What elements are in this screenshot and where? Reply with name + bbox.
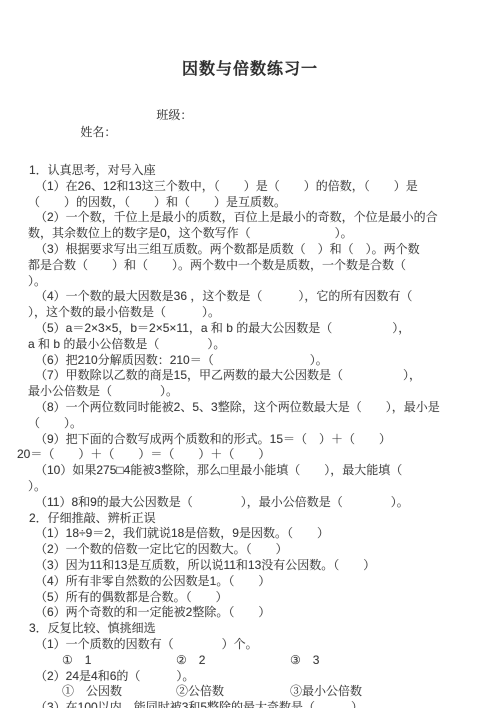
text-line: 数，其余数位上的数字是0，这个数写作（ ）。 (0, 226, 500, 242)
text-line: （2）一个数的倍数一定比它的因数大。（ ） (0, 542, 500, 558)
name-label: 姓名： (80, 125, 116, 139)
worksheet-body: 1．认真思考，对号入座（1）在26、12和13这三个数中，（ ）是（ ）的倍数，… (0, 163, 500, 708)
text-line: ），这个数的最小倍数是（ ）。 (0, 305, 500, 321)
worksheet-title: 因数与倍数练习一 (0, 0, 500, 79)
option-item: ① 1 (62, 653, 176, 669)
class-label: 班级： (156, 108, 192, 122)
text-line: （3）在100以内，能同时被3和5整除的最大奇数是（ ）。 (0, 700, 500, 708)
worksheet-page: 因数与倍数练习一 班级： 姓名： 1．认真思考，对号入座（1）在26、12和13… (0, 0, 500, 708)
text-line: a 和 b 的最小公倍数是（ ）。 (0, 337, 500, 353)
section-heading: 3．反复比较、慎挑细选 (0, 621, 500, 637)
text-line: 都是合数（ ）和（ ）。两个数中一个数是质数，一个数是合数（ (0, 258, 500, 274)
text-line: （4）所有非零自然数的公因数是1。（ ） (0, 574, 500, 590)
text-line: （3）根据要求写出三组互质数。两个数都是质数（ ）和（ ）。两个数 (0, 242, 500, 258)
option-item: ③最小公倍数 (290, 684, 362, 700)
text-line: （2）24是4和6的（ ）。 (0, 669, 500, 685)
text-line: （5）所有的偶数都是合数。（ ） (0, 590, 500, 606)
option-item: ② 2 (176, 653, 290, 669)
text-line: （ ）。 (0, 416, 500, 432)
text-line: ① 1② 2③ 3 (0, 653, 500, 669)
text-line: （1）一个质数的因数有（ ）个。 (0, 637, 500, 653)
text-line: （10）如果275□4能被3整除，那么□里最小能填（ ），最大能填（ (0, 463, 500, 479)
text-line: （8）一个两位数同时能被2、5、3整除，这个两位数最大是（ ），最小是 (0, 400, 500, 416)
text-line: 20＝（ ）＋（ ）＝（ ）＋（ ） (0, 447, 500, 463)
text-line: （6）把210分解质因数：210＝（ ）。 (0, 353, 500, 369)
text-line: （4）一个数的最大因数是36 ，这个数是（ ），它的所有因数有（ (0, 289, 500, 305)
text-line: 最小公倍数是（ ）。 (0, 384, 500, 400)
text-line: ）。 (0, 479, 500, 495)
option-item: ③ 3 (290, 653, 319, 669)
text-line: （1）18÷9＝2，我们就说18是倍数，9是因数。（ ） (0, 526, 500, 542)
meta-row: 班级： 姓名： (0, 92, 500, 154)
text-line: （9）把下面的合数写成两个质数和的形式。15＝（ ）＋（ ） (0, 432, 500, 448)
text-line: ）。 (0, 274, 500, 290)
section-heading: 1．认真思考，对号入座 (0, 163, 500, 179)
text-line: （2）一个数，千位上是最小的质数，百位上是最小的奇数，个位是最小的合 (0, 210, 500, 226)
text-line: （1）在26、12和13这三个数中，（ ）是（ ）的倍数，（ ）是 (0, 179, 500, 195)
text-line: ① 公因数②公倍数③最小公倍数 (0, 684, 500, 700)
option-item: ① 公因数 (62, 684, 176, 700)
text-line: （ ）的因数，（ ）和（ ）是互质数。 (0, 195, 500, 211)
text-line: （11）8和9的最大公因数是（ ），最小公倍数是（ ）。 (0, 495, 500, 511)
text-line: （7）甲数除以乙数的商是15，甲乙两数的最大公因数是（ ）， (0, 368, 500, 384)
text-line: （6）两个奇数的和一定能被2整除。（ ） (0, 605, 500, 621)
option-item: ②公倍数 (176, 684, 290, 700)
section-heading: 2．仔细推敲、辨析正误 (0, 511, 500, 527)
text-line: （5）a＝2×3×5，b＝2×5×11，a 和 b 的最大公因数是（ ）， (0, 321, 500, 337)
text-line: （3）因为11和13是互质数，所以说11和13没有公因数。（ ） (0, 558, 500, 574)
